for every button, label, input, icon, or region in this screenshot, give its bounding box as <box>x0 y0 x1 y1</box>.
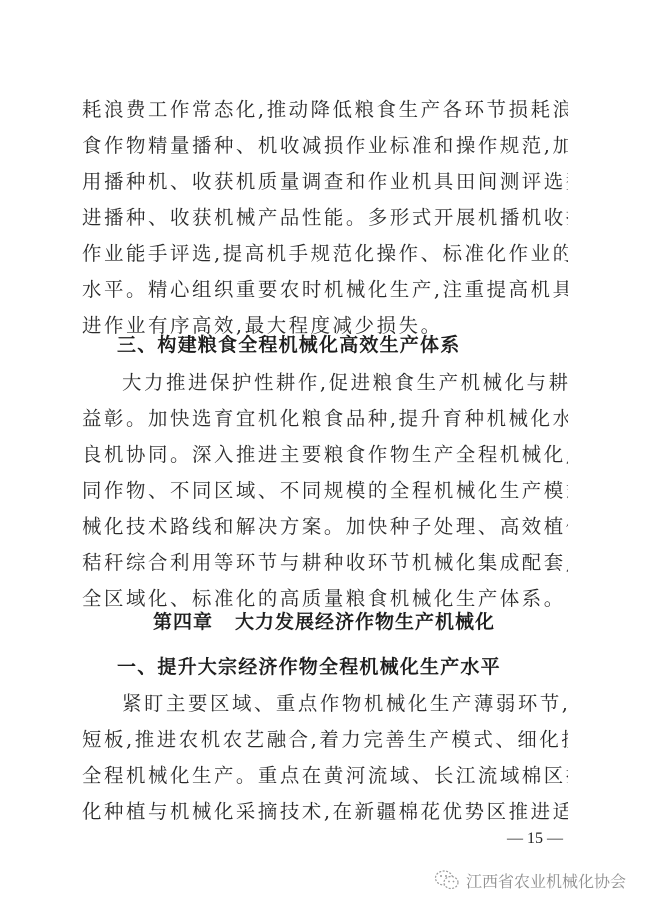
body-line: 进播种、收获机械产品性能。多形式开展机播机收操作技能大赛、 <box>82 200 568 236</box>
page-number: — 15 — <box>490 830 580 848</box>
body-line: 秸秆综合利用等环节与耕种收环节机械化集成配套,推动建立健 <box>82 545 568 581</box>
watermark: 江西省农业机械化协会 <box>434 866 626 894</box>
body-line: 耗浪费工作常态化,推动降低粮食生产各环节损耗浪费。完善粮 <box>82 92 568 128</box>
chapter-title: 大力发展经济作物生产机械化 <box>235 611 495 633</box>
body-line: 短板,推进农机农艺融合,着力完善生产模式、细化技术路线,推进 <box>82 722 568 758</box>
body-line: 水平。精心组织重要农时机械化生产,注重提高机具技术状态,促 <box>82 272 568 308</box>
body-line: 良机协同。深入推进主要粮食作物生产全程机械化,探索适合不 <box>82 437 568 473</box>
section-heading: 一、提升大宗经济作物全程机械化生产水平 <box>117 649 501 685</box>
section-heading: 三、构建粮食全程机械化高效生产体系 <box>117 327 460 363</box>
body-line: 化种植与机械化采摘技术,在新疆棉花优势区推进适宜机采的长 <box>82 794 568 830</box>
body-line: 大力推进保护性耕作,促进粮食生产机械化与耕地保护相得 <box>122 365 568 401</box>
wechat-icon <box>434 869 460 891</box>
body-line: 用播种机、收获机质量调查和作业机具田间测评选型,引领企业改 <box>82 164 568 200</box>
watermark-text: 江西省农业机械化协会 <box>466 869 626 892</box>
document-page: 耗浪费工作常态化,推动降低粮食生产各环节损耗浪费。完善粮 食作物精量播种、机收减… <box>0 0 648 908</box>
body-line: 作业能手评选,提高机手规范化操作、标准化作业的意识、能力和 <box>82 236 568 272</box>
chapter-heading: 第四章大力发展经济作物生产机械化 <box>0 604 648 640</box>
chapter-number: 第四章 <box>153 611 213 633</box>
body-line: 同作物、不同区域、不同规模的全程机械化生产模式,形成高效机 <box>82 473 568 509</box>
body-line: 食作物精量播种、机收减损作业标准和操作规范,加强粮食作物在 <box>82 128 568 164</box>
body-line: 全程机械化生产。重点在黄河流域、长江流域棉区推广棉花标准 <box>82 758 568 794</box>
body-line: 紧盯主要区域、重点作物机械化生产薄弱环节,加快补齐机具 <box>122 686 568 722</box>
body-line: 益彰。加快选育宜机化粮食品种,提升育种机械化水平,推进良种 <box>82 401 568 437</box>
body-line: 械化技术路线和解决方案。加快种子处理、高效植保、产地烘干、 <box>82 509 568 545</box>
